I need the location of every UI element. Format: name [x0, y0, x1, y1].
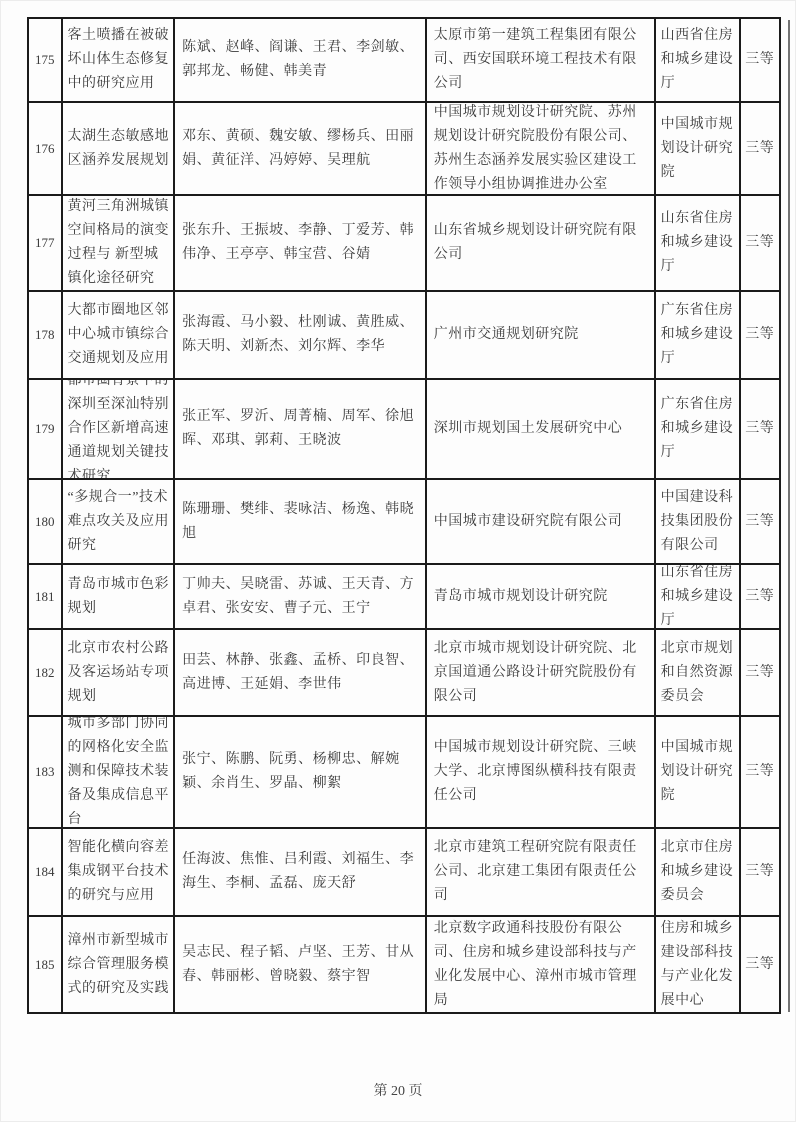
table-row: 184 智能化横向容差集成钢平台技术的研究与应用 任海波、焦惟、吕利霞、刘福生、…	[29, 829, 779, 917]
cell-recommending-unit: 中国建设科技集团股份有限公司	[656, 480, 741, 563]
cell-recommending-unit: 山西省住房和城乡建设厅	[656, 19, 741, 101]
cell-authors: 丁帅夫、吴晓雷、苏诚、王天青、方卓君、张安安、曹子元、王宁	[175, 565, 427, 628]
cell-organizations: 北京市建筑工程研究院有限责任公司、北京建工集团有限责任公司	[427, 829, 656, 915]
cell-recommending-unit: 中国城市规划设计研究院	[656, 717, 741, 827]
table-row: 175 客土喷播在被破坏山体生态修复中的研究应用 陈斌、赵峰、阎谦、王君、李剑敏…	[29, 19, 779, 103]
cell-prize-level: 三等	[741, 380, 779, 478]
cell-project-title: 客土喷播在被破坏山体生态修复中的研究应用	[63, 19, 176, 101]
cell-recommending-unit: 山东省住房和城乡建设厅	[656, 196, 741, 290]
cell-authors: 任海波、焦惟、吕利霞、刘福生、李海生、李桐、孟磊、庞天舒	[175, 829, 427, 915]
cell-organizations: 青岛市城市规划设计研究院	[427, 565, 656, 628]
cell-organizations: 广州市交通规划研究院	[427, 292, 656, 378]
cell-project-title: 漳州市新型城市综合管理服务模式的研究及实践	[63, 917, 176, 1012]
cell-recommending-unit: 住房和城乡建设部科技与产业化发展中心	[656, 917, 741, 1012]
table-row: 177 黄河三角洲城镇空间格局的演变过程与 新型城镇化途径研究 张东升、王振坡、…	[29, 196, 779, 292]
table-row: 179 都市圈背景下的深圳至深汕特别合作区新增高速通道规划关键技术研究 张正军、…	[29, 380, 779, 480]
cell-project-title: 都市圈背景下的深圳至深汕特别合作区新增高速通道规划关键技术研究	[63, 380, 176, 478]
cell-authors: 张东升、王振坡、李静、丁爱芳、韩伟净、王亭亭、韩宝营、谷婧	[175, 196, 427, 290]
cell-project-title: 北京市农村公路及客运场站专项规划	[63, 630, 176, 715]
cell-recommending-unit: 北京市住房和城乡建设委员会	[656, 829, 741, 915]
cell-organizations: 北京市城市规划设计研究院、北京国道通公路设计研究院股份有限公司	[427, 630, 656, 715]
cell-prize-level: 三等	[741, 829, 779, 915]
scan-edge-line	[788, 20, 790, 1012]
table-row: 182 北京市农村公路及客运场站专项规划 田芸、林静、张鑫、孟桥、印良智、高进博…	[29, 630, 779, 717]
cell-prize-level: 三等	[741, 19, 779, 101]
cell-index: 177	[29, 196, 63, 290]
cell-prize-level: 三等	[741, 917, 779, 1012]
cell-index: 180	[29, 480, 63, 563]
table-row: 180 “多规合一”技术难点攻关及应用研究 陈珊珊、樊绯、裴咏洁、杨逸、韩晓旭 …	[29, 480, 779, 565]
cell-authors: 吴志民、程子韬、卢坚、王芳、甘从春、韩丽彬、曾晓毅、蔡宇智	[175, 917, 427, 1012]
cell-organizations: 深圳市规划国土发展研究中心	[427, 380, 656, 478]
cell-authors: 张正军、罗沂、周菁楠、周军、徐旭晖、邓琪、郭莉、王晓波	[175, 380, 427, 478]
cell-project-title: 大都市圈地区邻中心城市镇综合交通规划及应用	[63, 292, 176, 378]
page-number: 第 20 页	[0, 1080, 796, 1100]
table-row: 183 城市多部门协同的网格化安全监测和保障技术装备及集成信息平台 张宁、陈鹏、…	[29, 717, 779, 829]
cell-recommending-unit: 广东省住房和城乡建设厅	[656, 380, 741, 478]
cell-prize-level: 三等	[741, 630, 779, 715]
cell-prize-level: 三等	[741, 103, 779, 194]
cell-organizations: 山东省城乡规划设计研究院有限公司	[427, 196, 656, 290]
cell-index: 176	[29, 103, 63, 194]
cell-authors: 田芸、林静、张鑫、孟桥、印良智、高进博、王延娟、李世伟	[175, 630, 427, 715]
table-row: 181 青岛市城市色彩规划 丁帅夫、吴晓雷、苏诚、王天青、方卓君、张安安、曹子元…	[29, 565, 779, 630]
cell-authors: 张海霞、马小毅、杜刚诚、黄胜威、陈天明、刘新杰、刘尔辉、李华	[175, 292, 427, 378]
cell-prize-level: 三等	[741, 480, 779, 563]
cell-authors: 陈珊珊、樊绯、裴咏洁、杨逸、韩晓旭	[175, 480, 427, 563]
cell-organizations: 中国城市建设研究院有限公司	[427, 480, 656, 563]
cell-authors: 陈斌、赵峰、阎谦、王君、李剑敏、郭邦龙、畅健、韩美青	[175, 19, 427, 101]
cell-index: 179	[29, 380, 63, 478]
cell-project-title: 城市多部门协同的网格化安全监测和保障技术装备及集成信息平台	[63, 717, 176, 827]
award-table: 175 客土喷播在被破坏山体生态修复中的研究应用 陈斌、赵峰、阎谦、王君、李剑敏…	[27, 17, 781, 1014]
table-row: 178 大都市圈地区邻中心城市镇综合交通规划及应用 张海霞、马小毅、杜刚诚、黄胜…	[29, 292, 779, 380]
cell-authors: 邓东、黄硕、魏安敏、缪杨兵、田丽娟、黄征洋、冯婷婷、吴理航	[175, 103, 427, 194]
cell-index: 181	[29, 565, 63, 628]
cell-organizations: 北京数字政通科技股份有限公司、住房和城乡建设部科技与产业化发展中心、漳州市城市管…	[427, 917, 656, 1012]
cell-organizations: 太原市第一建筑工程集团有限公司、西安国联环境工程技术有限公司	[427, 19, 656, 101]
cell-index: 185	[29, 917, 63, 1012]
cell-index: 184	[29, 829, 63, 915]
cell-project-title: “多规合一”技术难点攻关及应用研究	[63, 480, 176, 563]
cell-authors: 张宁、陈鹏、阮勇、杨柳忠、解婉颖、余肖生、罗晶、柳絮	[175, 717, 427, 827]
cell-index: 178	[29, 292, 63, 378]
cell-project-title: 青岛市城市色彩规划	[63, 565, 176, 628]
cell-organizations: 中国城市规划设计研究院、三峡大学、北京博图纵横科技有限责任公司	[427, 717, 656, 827]
cell-prize-level: 三等	[741, 292, 779, 378]
cell-prize-level: 三等	[741, 196, 779, 290]
cell-index: 183	[29, 717, 63, 827]
table-row: 185 漳州市新型城市综合管理服务模式的研究及实践 吴志民、程子韬、卢坚、王芳、…	[29, 917, 779, 1012]
document-page: 175 客土喷播在被破坏山体生态修复中的研究应用 陈斌、赵峰、阎谦、王君、李剑敏…	[0, 0, 796, 1122]
cell-organizations: 中国城市规划设计研究院、苏州规划设计研究院股份有限公司、苏州生态涵养发展实验区建…	[427, 103, 656, 194]
cell-recommending-unit: 中国城市规划设计研究院	[656, 103, 741, 194]
cell-prize-level: 三等	[741, 565, 779, 628]
cell-prize-level: 三等	[741, 717, 779, 827]
cell-recommending-unit: 广东省住房和城乡建设厅	[656, 292, 741, 378]
cell-recommending-unit: 山东省住房和城乡建设厅	[656, 565, 741, 628]
cell-project-title: 太湖生态敏感地区涵养发展规划	[63, 103, 176, 194]
cell-project-title: 黄河三角洲城镇空间格局的演变过程与 新型城镇化途径研究	[63, 196, 176, 290]
table-row: 176 太湖生态敏感地区涵养发展规划 邓东、黄硕、魏安敏、缪杨兵、田丽娟、黄征洋…	[29, 103, 779, 196]
cell-project-title: 智能化横向容差集成钢平台技术的研究与应用	[63, 829, 176, 915]
cell-recommending-unit: 北京市规划和自然资源委员会	[656, 630, 741, 715]
cell-index: 182	[29, 630, 63, 715]
cell-index: 175	[29, 19, 63, 101]
